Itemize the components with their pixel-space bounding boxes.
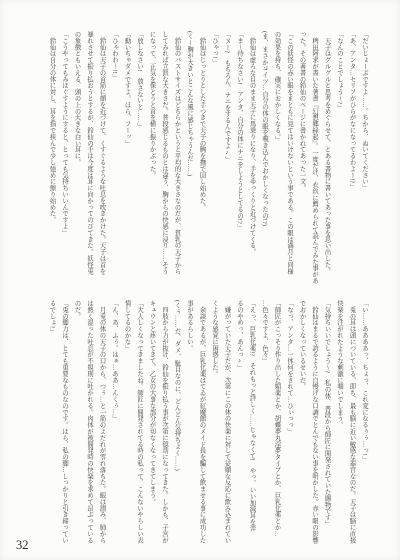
text-column: くような感覚に困惑した。	[208, 300, 221, 552]
text-column: るでしょ?」	[45, 300, 58, 552]
text-column: の象徴ともいえる、頭の上の大きな白い耳に。	[70, 31, 83, 281]
text-column: になって、正気を保とうと首を横に振りかぶった。	[145, 31, 158, 281]
text-column: のだ。	[70, 300, 83, 552]
text-column: 「ん、あ、ふぅ。はぁ…ああ…んくぅ…」	[108, 300, 121, 552]
text-column: 「こうやってもみほぐすようにすると、とっても気持ちいいんですよ」	[58, 31, 71, 281]
text-column: 「放しなさい! 放さないと……」	[133, 31, 146, 281]
text-column: の効果を持ち、確実におかしくなる。』	[270, 31, 283, 281]
text-column: 鈴仙はじっとりとした手つきで天子の胸を撫で回し始めた。	[195, 31, 208, 281]
top-text-block: 「だいじょーぶですよ……。ちから、ぬいてください」 「あ、アンタ…セリフがひらが…	[43, 31, 370, 281]
text-column: 「なっ、アンタ…一体何をされて…ひぃっっ」	[283, 300, 296, 552]
text-column: 「だいじょーぶですよ……。ちから、ぬいてください」	[358, 31, 371, 281]
text-column: 「気持ちいいでしょう〜? 私の体、普段から師匠に開発されていた賜物です」	[320, 300, 333, 552]
text-column: (く〜胸が大きいとこんな風に感じちゃうんだ……)	[183, 31, 196, 281]
text-column: してみれば立派な大きさだ。普段感じるものとは違う、胸からの快感に浸り……そう	[158, 31, 171, 281]
text-column: 四肢から力が抜け、鈴仙を振り払う事が次第に億劫になってきた。しかも、子宮が	[158, 300, 171, 552]
text-column: 稗田阿求が書いた著書『幻想郷縁起』。一度だけ、衣玖に薦められて読んでみた事があ	[308, 31, 321, 281]
text-column: 鈴仙はまるで誇るように自慢げな口調でとんでもない事を明かした。赤い眼の影響	[308, 300, 321, 552]
text-column: るのやめっ、あんっ♪」	[233, 300, 246, 552]
text-column: 「えっ、巨乳化薬!? それもっと詳しく……じゃなくて! やっ、いい加減耳を弄	[245, 300, 258, 552]
text-column: 鈴仙は虚ろな目のまま天子に馬乗りになり、手をゆっくりと近づけてくる。	[245, 31, 258, 281]
text-column: (ま、まさかコイツ…自分の体の眼を覗き込んでおかしくなったの!?)	[258, 31, 271, 281]
text-column: 「動いちゃダメですよ。ほら、フーッ」	[120, 31, 133, 281]
text-column: 「ま〜待ちなさい! アンタ、自分の体にナニをしようとしてるの!?」	[233, 31, 246, 281]
text-column: 鈴仙は天子の首筋に顔を近づけて、くすぐるような吐息を吹きかけた。天子は首を	[95, 31, 108, 281]
text-column: 「兎の脚力は、とても重要なものなのです。ほら、私の脚…しっかりと引き締ってい	[58, 300, 71, 552]
text-column: 兎の耳は頭についている、即ち、最も脳に近い敏感な器官なのだ。天子は脳に直接	[345, 300, 358, 552]
text-column: った。その著書の鈴仙のページに書かれてあった一文。	[295, 31, 308, 281]
page-number: 32	[16, 538, 29, 553]
text-column: 「ひゃっ!」	[208, 31, 221, 281]
text-column: 「なんのことでしょう〜?」	[333, 31, 346, 281]
text-column: 「師匠がこっそり作り出した媚薬とか、胡蝶夢丸淫夢タイプとか、巨乳化薬とか…	[270, 300, 283, 552]
text-column: 余談であるが、巨乳化薬はてゐが紅魔館のメイド長を騙して飲ませる事に成功した	[195, 300, 208, 552]
text-column: 「あ、アンタ…セリフがひらがなになってるわよー!?」	[345, 31, 358, 281]
text-column: 情してるのかな」	[120, 300, 133, 552]
text-column: 「い……ああああっ、ちょっ、これ変になるぅぅ…っ!」	[358, 300, 371, 552]
text-column: は熱く湿った吐息が不規則に吐かれる。肉体が被開発時の快楽を求めて昂ぶっている	[83, 300, 96, 552]
text-column: 『この妖怪の赤い眼をまともに見てはいけないという事である。この眼は満月と同様	[283, 31, 296, 281]
text-column: 快楽を注がれたような刺激に喘いでしまう。	[333, 300, 346, 552]
text-column: 「大人しくなってきましたね。師匠に開発されてる時の私って、こんないやらしい表	[133, 300, 146, 552]
scanned-book-page: 「だいじょーぶですよ……。ちから、ぬいてください」 「あ、アンタ…セリフがひらが…	[0, 0, 400, 560]
text-column: キュウンと疼いてきて、乙女の大事な部分が切なくなってきてしまう。	[145, 300, 158, 552]
text-column: 鈴仙のバストサイズはどちらかというと平均的な大きさなのだが、貧乳の天子から	[170, 31, 183, 281]
text-column: 天子はグルグルと思考をめぐらせて、とある書物に書いてあった事を思い出した。	[320, 31, 333, 281]
text-column: 鈴仙は自分の体に対し、耳を指で挟んで少し強めに擦り始めた。	[45, 31, 58, 281]
text-column: 「ヌー? もちろん、ナニをするんですよ♪」	[220, 31, 233, 281]
text-column: 事があるらしい。	[183, 300, 196, 552]
text-column: (くぅ……だ、ダメ、駄目なのに、どんどん気持ちよく……)	[170, 300, 183, 552]
text-column: …色々ですよ、色々」	[258, 300, 271, 552]
text-column: 月兎の体の天子の口から、つぅ…と一筋のよだれが零れ落ちた。眼は潤み、肺から	[95, 300, 108, 552]
bottom-text-block: 「い……ああああっ、ちょっ、これ変になるぅぅ…っ!」 兎の耳は頭についている、即…	[43, 300, 370, 552]
text-column: でおかしくなっているせいだ。	[295, 300, 308, 552]
text-column: 嫌がっていた天子だが、次第にこの体の快楽に対して従順な反応に飲み込まれてい	[220, 300, 233, 552]
text-column: 「ひゃわわ〜!!」	[108, 31, 121, 281]
text-column: 暴れさせて振り払おうとするが、鈴仙の手は今度は耳に向かってのびてきた。妖怪兎	[83, 31, 96, 281]
